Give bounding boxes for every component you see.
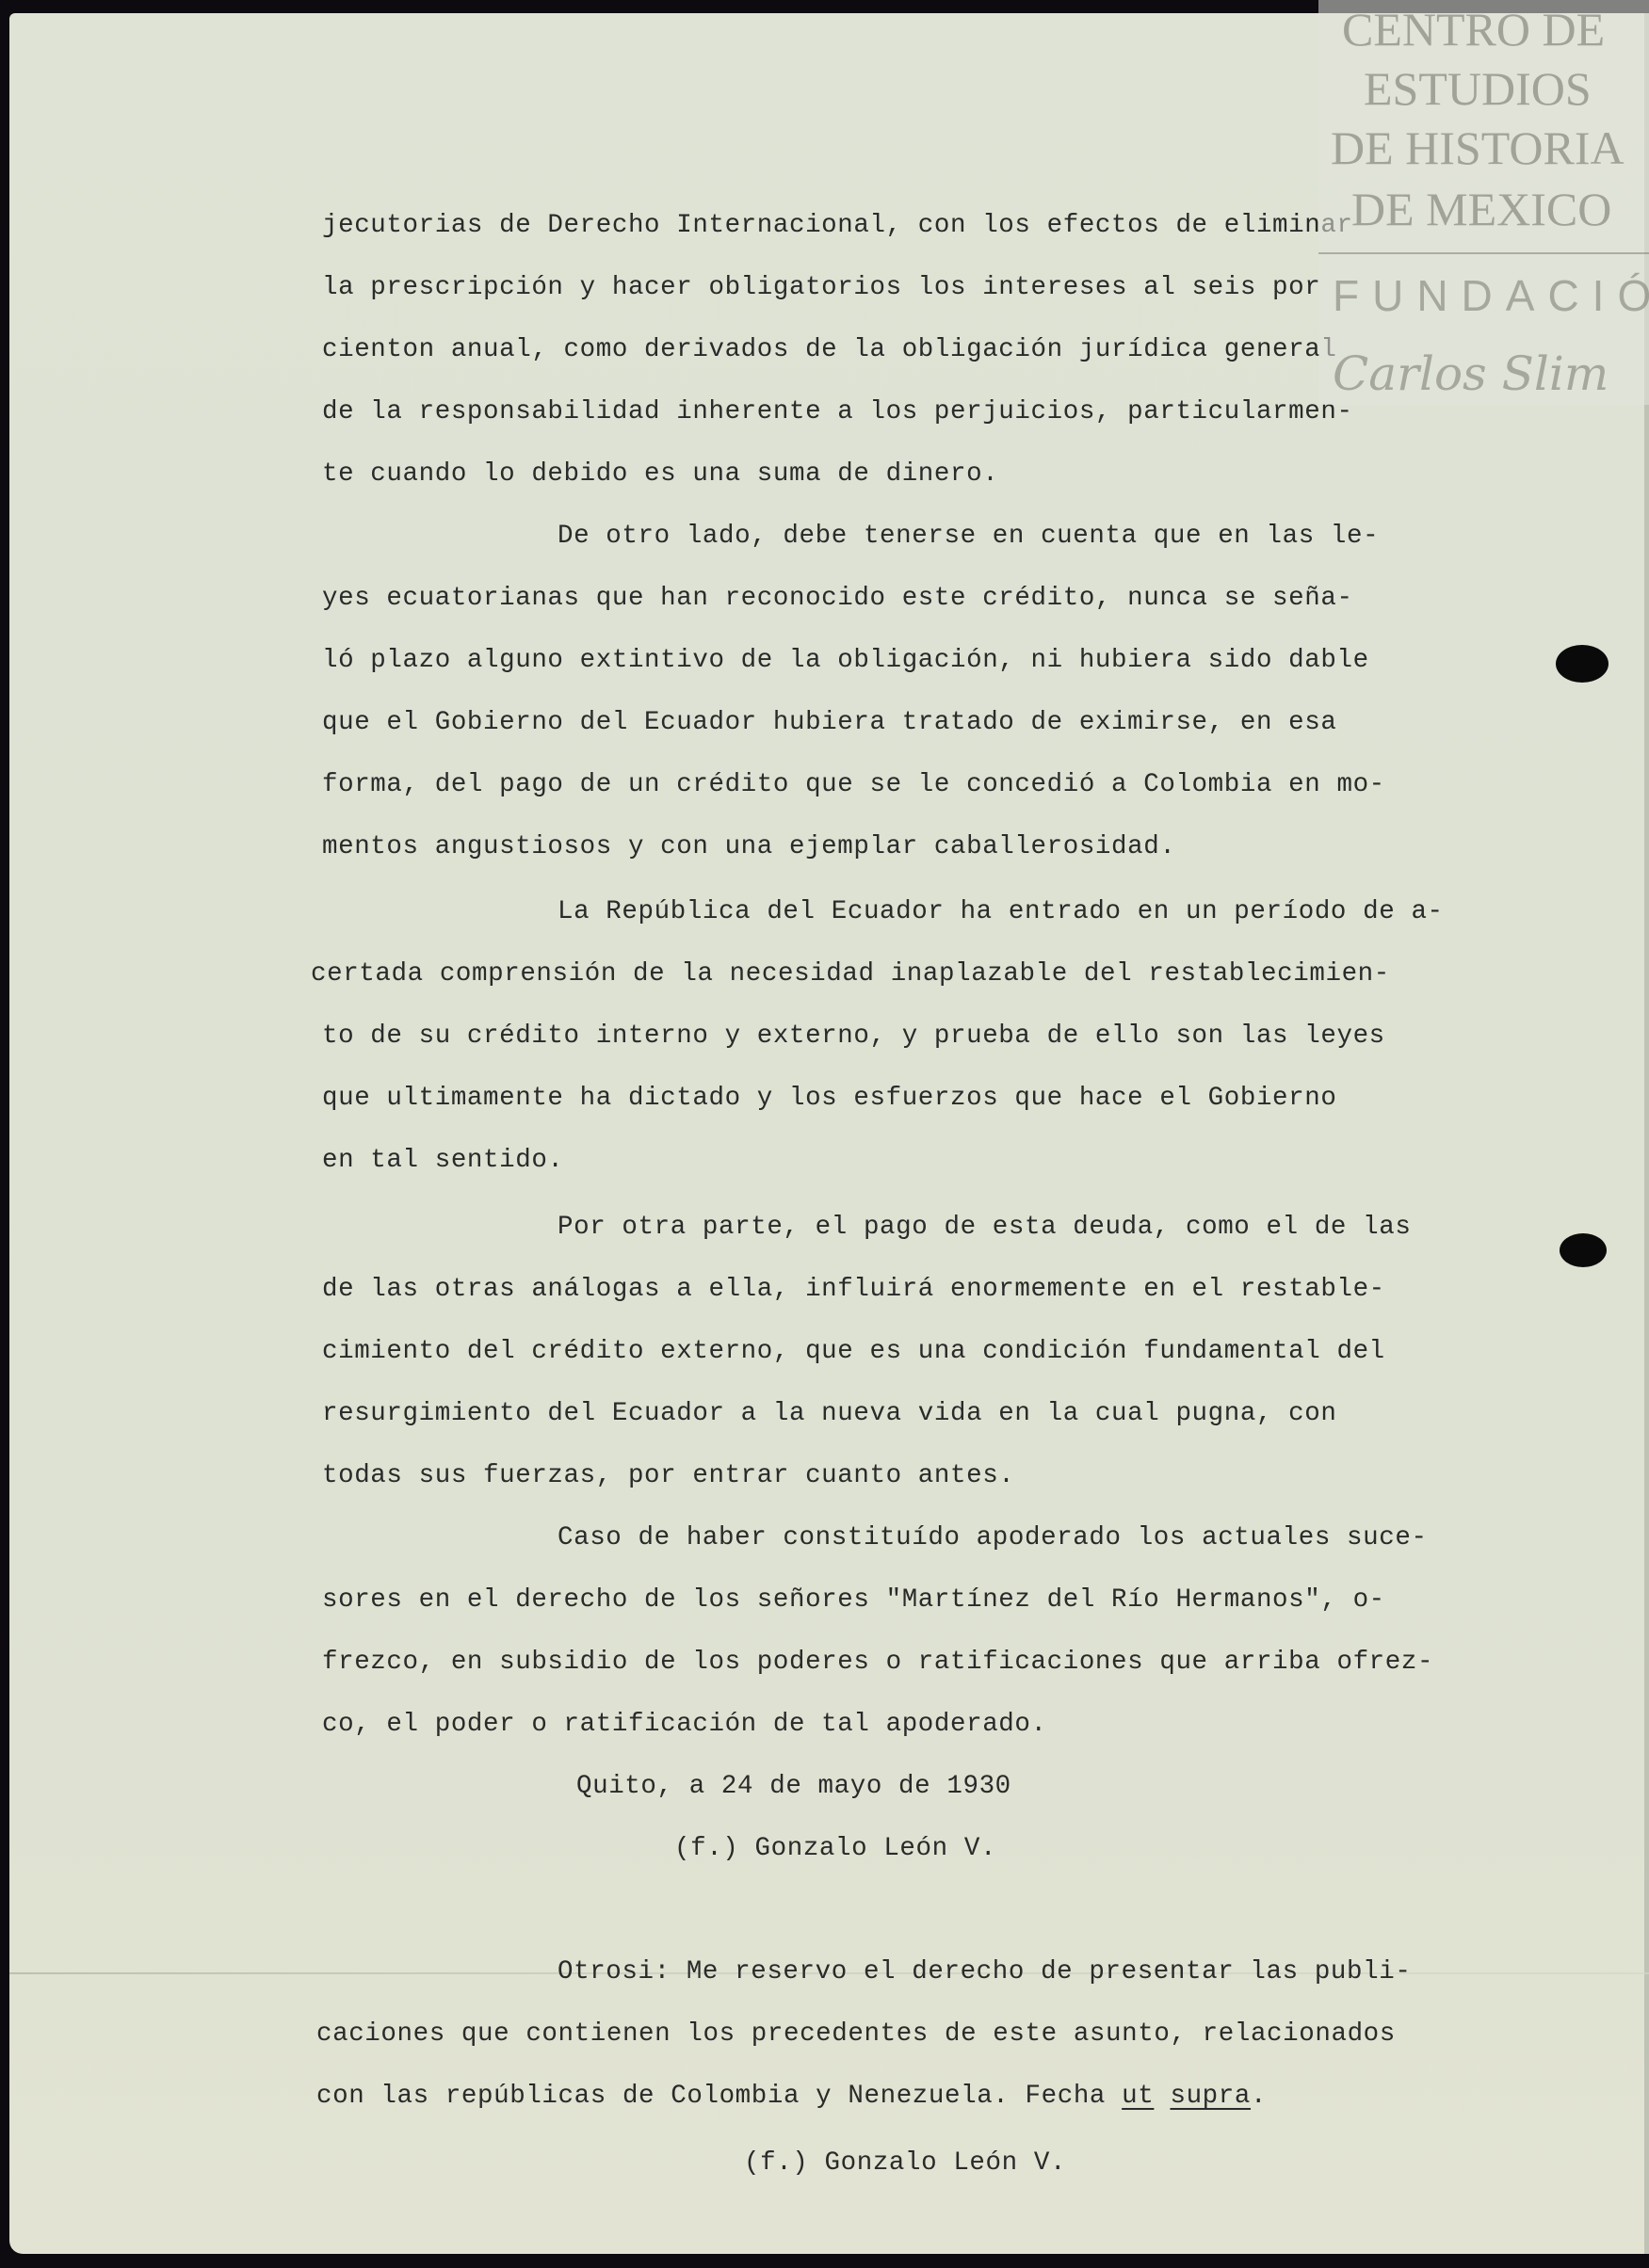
text-line: to de su crédito interno y externo, y pr… bbox=[322, 1023, 1385, 1050]
text-line: de la responsabilidad inherente a los pe… bbox=[322, 399, 1353, 426]
text-line: jecutorias de Derecho Internacional, con… bbox=[322, 213, 1353, 239]
signature: (f.) Gonzalo León V. bbox=[674, 1836, 996, 1862]
text-segment: con las repúblicas de Colombia y Nenezue… bbox=[316, 2082, 1122, 2111]
text-line: De otro lado, debe tenerse en cuenta que… bbox=[558, 523, 1379, 550]
punch-hole bbox=[1556, 645, 1609, 683]
text-line: ló plazo alguno extintivo de la obligaci… bbox=[322, 648, 1369, 674]
watermark-divider bbox=[1318, 252, 1649, 254]
text-line: mentos angustiosos y con una ejemplar ca… bbox=[322, 834, 1175, 861]
text-line: certada comprensión de la necesidad inap… bbox=[311, 961, 1390, 988]
text-line: sores en el derecho de los señores "Mart… bbox=[322, 1587, 1385, 1614]
text-line: que el Gobierno del Ecuador hubiera trat… bbox=[322, 710, 1336, 736]
text-line: Otrosi: Me reservo el derecho de present… bbox=[558, 1959, 1411, 1986]
text-line: que ultimamente ha dictado y los esfuerz… bbox=[322, 1086, 1336, 1112]
watermark-foundation: FUNDACIÓN bbox=[1333, 270, 1649, 321]
text-line: yes ecuatorianas que han reconocido este… bbox=[322, 586, 1353, 612]
text-line: con las repúblicas de Colombia y Nenezue… bbox=[316, 2083, 1267, 2110]
punch-hole bbox=[1560, 1233, 1607, 1267]
text-line: co, el poder o ratificación de tal apode… bbox=[322, 1712, 1047, 1738]
text-line: cimiento del crédito externo, que es una… bbox=[322, 1339, 1385, 1365]
text-line: todas sus fuerzas, por entrar cuanto ant… bbox=[322, 1463, 1014, 1489]
text-line: en tal sentido. bbox=[322, 1148, 564, 1174]
watermark-text: DE HISTORIA bbox=[1331, 121, 1625, 175]
watermark-text: CENTRO DE bbox=[1342, 2, 1605, 56]
text-line: cienton anual, como derivados de la obli… bbox=[322, 337, 1336, 363]
underlined-phrase: ut bbox=[1122, 2082, 1154, 2111]
signature: (f.) Gonzalo León V. bbox=[744, 2150, 1066, 2177]
text-line: La República del Ecuador ha entrado en u… bbox=[558, 899, 1444, 925]
watermark-text: ESTUDIOS bbox=[1364, 61, 1592, 116]
text-line: forma, del pago de un crédito que se le … bbox=[322, 772, 1385, 798]
text-line: te cuando lo debido es una suma de diner… bbox=[322, 461, 998, 488]
text-line: de las otras análogas a ella, influirá e… bbox=[322, 1277, 1385, 1303]
text-line: resurgimiento del Ecuador a la nueva vid… bbox=[322, 1401, 1336, 1427]
text-segment bbox=[1154, 2082, 1170, 2111]
text-line: caciones que contienen los precedentes d… bbox=[316, 2021, 1396, 2048]
text-segment: . bbox=[1251, 2082, 1267, 2111]
text-line: la prescripción y hacer obligatorios los… bbox=[322, 275, 1320, 301]
underlined-phrase: supra bbox=[1170, 2082, 1251, 2111]
watermark-text: DE MEXICO bbox=[1351, 182, 1611, 236]
text-line: frezco, en subsidio de los poderes o rat… bbox=[322, 1649, 1433, 1676]
date-line: Quito, a 24 de mayo de 1930 bbox=[576, 1774, 1011, 1800]
watermark-signature: Carlos Slim bbox=[1333, 346, 1609, 401]
text-line: Caso de haber constituído apoderado los … bbox=[558, 1525, 1428, 1552]
text-line: Por otra parte, el pago de esta deuda, c… bbox=[558, 1214, 1411, 1241]
